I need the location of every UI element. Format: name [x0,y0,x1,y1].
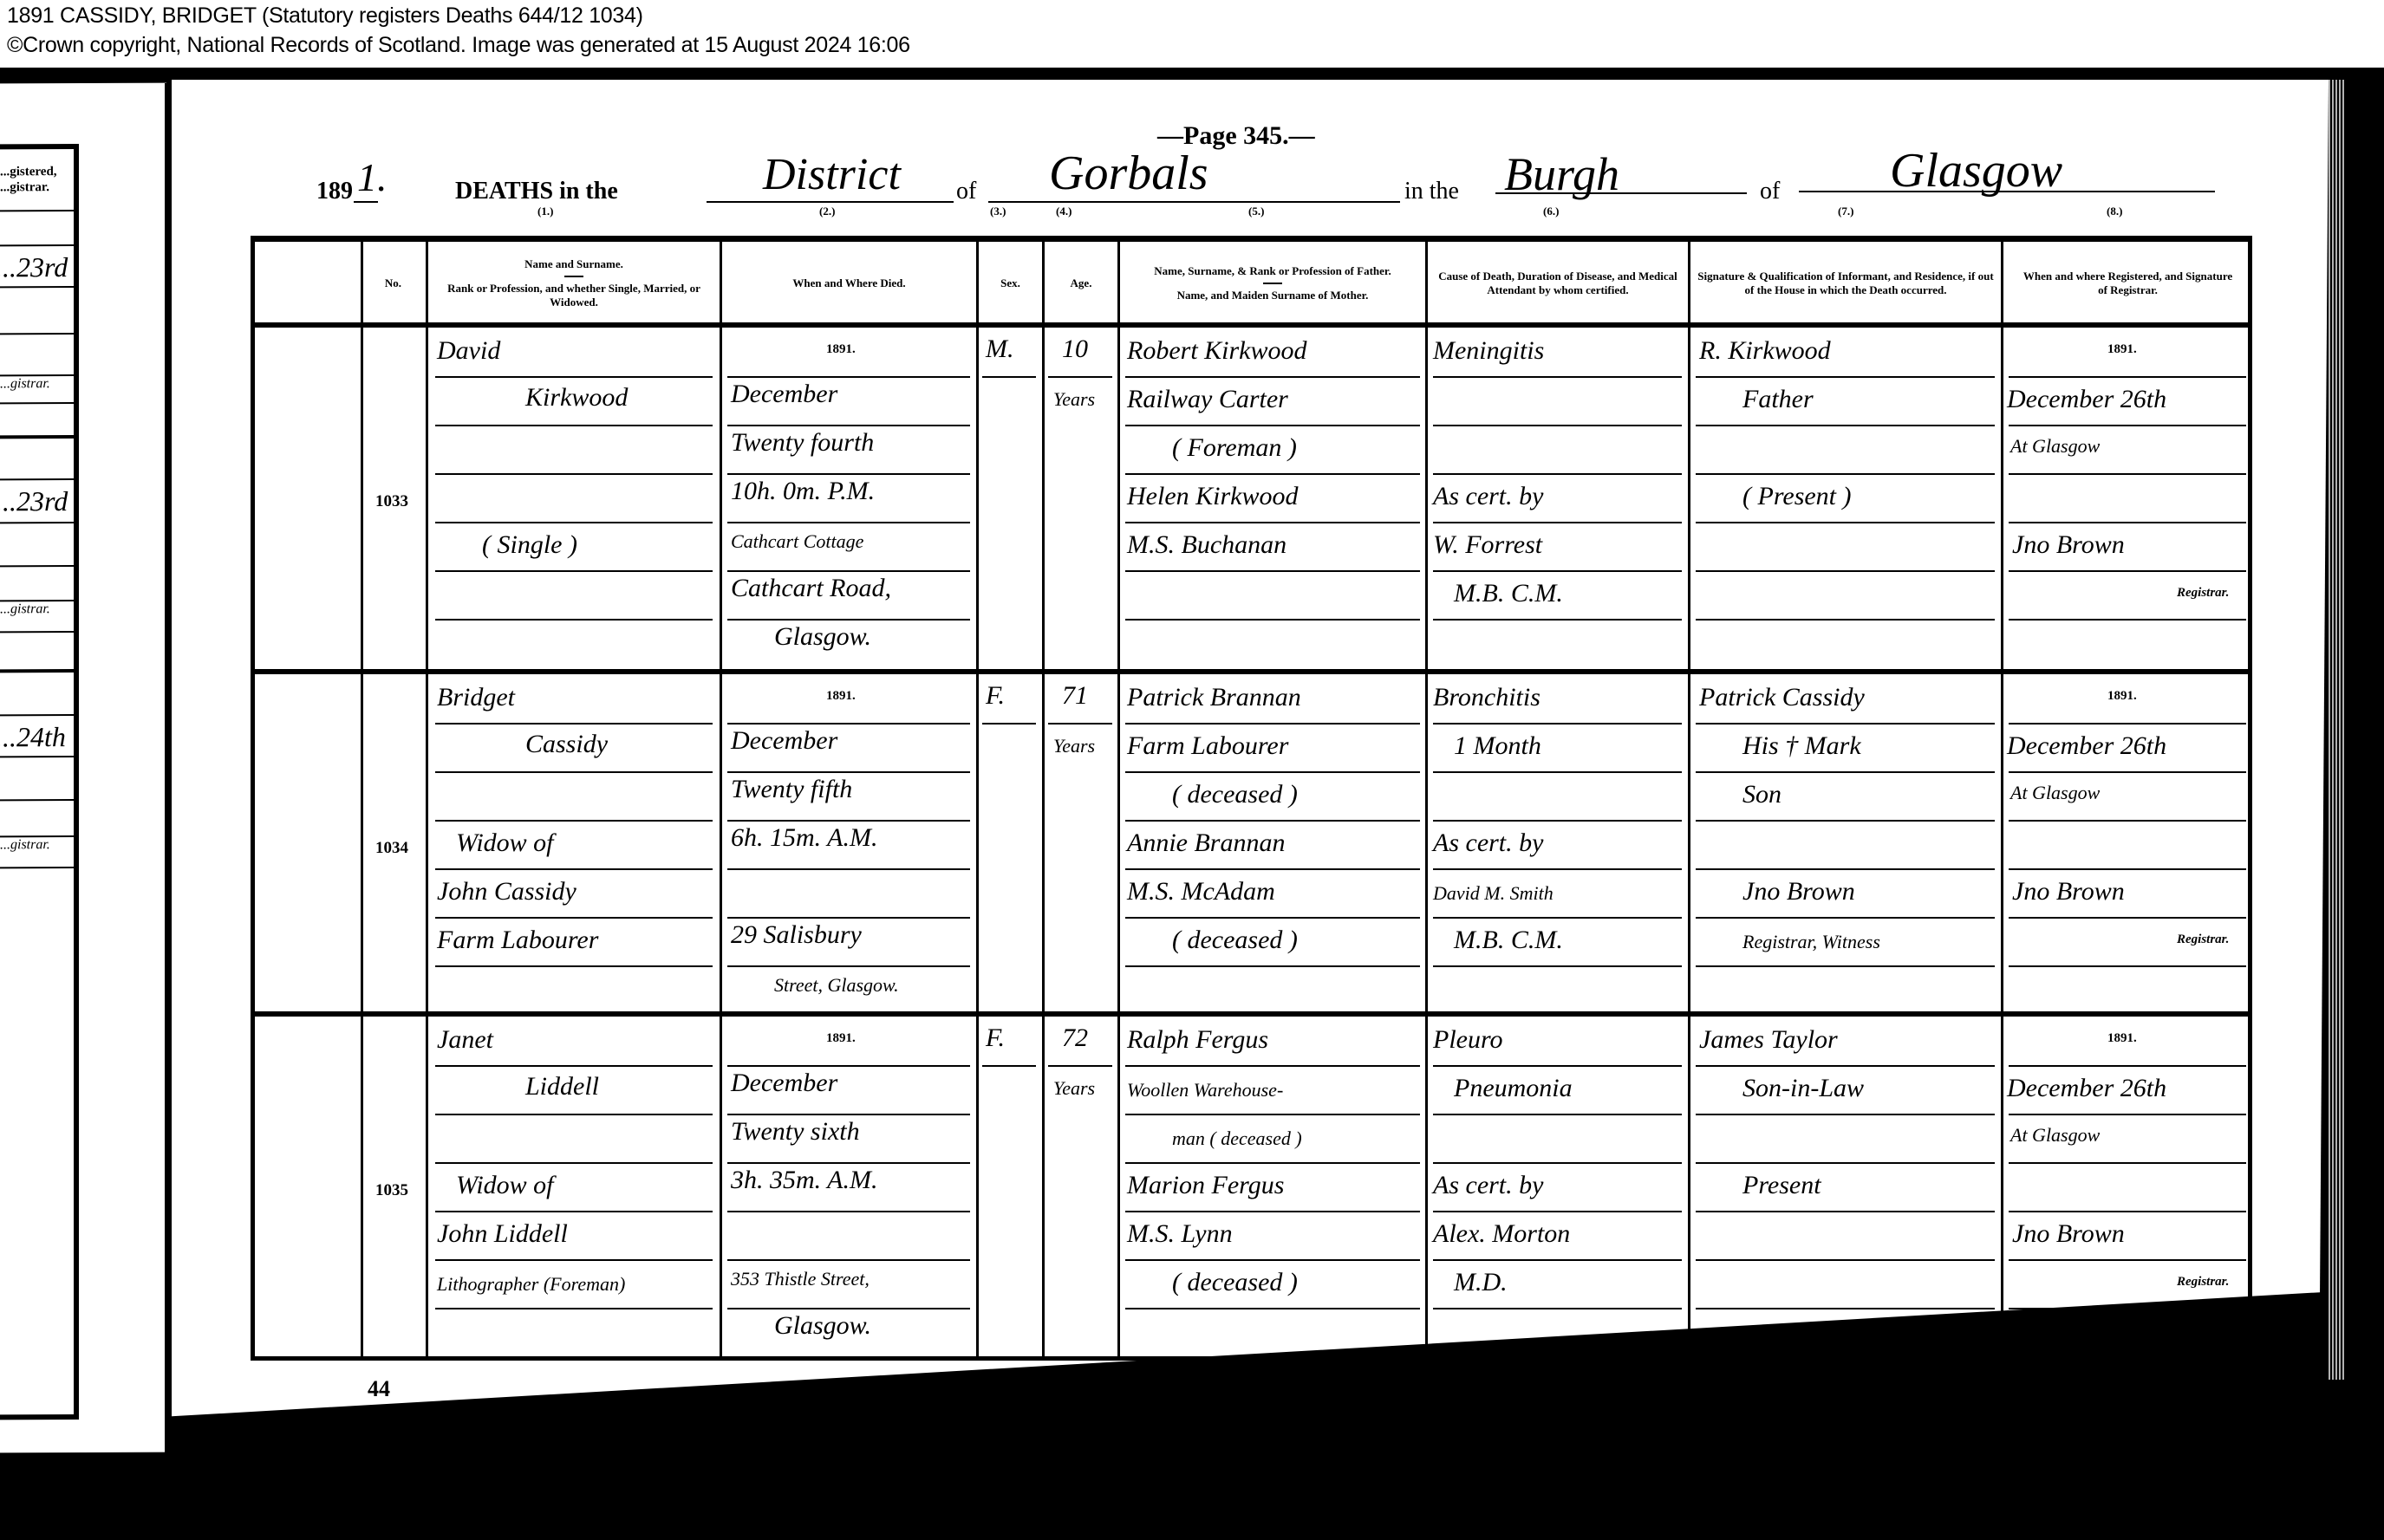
informant-line: Present [1742,1173,1821,1199]
header-age-text: Age. [1071,276,1092,290]
informant-line: Registrar, Witness [1742,932,1880,952]
death-when-where-line: Twenty fourth [731,430,874,456]
registrar-signature-entry: Jno Brown [2012,532,2125,558]
registration-place: At Glasgow [2010,783,2100,802]
deceased-status-line: Farm Labourer [437,927,598,953]
record-title: 1891 CASSIDY, BRIDGET (Statutory registe… [7,3,643,29]
cause-line: Pleuro [1433,1027,1503,1053]
informant-line: Son-in-Law [1742,1075,1864,1101]
header-father: Name, Surname, & Rank or Profession of F… [1147,264,1397,278]
cause-line: Bronchitis [1433,685,1540,711]
year-suffix: 1. [357,154,388,200]
mother-line: M.S. Lynn [1127,1221,1233,1247]
header-age: Age. [1045,244,1117,322]
death-when-where-line: Cathcart Road, [731,575,891,601]
deceased-status-line: John Cassidy [437,879,576,905]
entry-number: 1034 [362,839,422,858]
mother-line: ( deceased ) [1172,1270,1298,1296]
father-line: ( deceased ) [1172,782,1298,808]
deceased-status: ( Single ) [482,532,577,558]
column-number-7: (7.) [1838,205,1853,218]
header-cause: Cause of Death, Duration of Disease, and… [1428,244,1688,322]
death-when-where-line: 29 Salisbury [731,922,862,948]
cause-line: M.B. C.M. [1454,927,1563,953]
sex-value: M. [986,336,1014,362]
mother-line: ( deceased ) [1172,927,1298,953]
prev-registrar-1: ...gistrar. [0,376,50,392]
age-unit: Years [1053,390,1095,409]
death-when-where-line: December [731,381,837,407]
deceased-surname: Cassidy [525,731,608,757]
prev-date-2: ...23rd [0,485,68,517]
sex-value: F. [986,683,1005,709]
header-no: No. [361,244,426,322]
registration-date: December 26th [2007,733,2166,759]
district-name: Gorbals [1049,146,1208,201]
page-edge [2329,80,2346,1380]
entry-number: 1035 [362,1181,422,1200]
registrar-signature-entry: Jno Brown [2012,879,2125,905]
father-line: Woollen Warehouse- [1127,1081,1283,1100]
deceased-status-line: Widow of [456,830,554,856]
age-unit: Years [1053,1079,1095,1098]
death-when-where-line: December [731,728,837,754]
death-year: 1891. [826,1032,856,1045]
age-value: 71 [1062,683,1088,709]
father-line: Railway Carter [1127,387,1288,413]
in-the-label: in the [1404,178,1459,205]
death-when-where-line: 353 Thistle Street, [731,1270,870,1289]
header-registered-text: When and where Registered, and Signature… [2003,270,2252,298]
page-gutter [165,83,172,1452]
informant-line: ( Present ) [1742,484,1852,510]
death-when-where-line: December [731,1070,837,1096]
mother-line: Helen Kirkwood [1127,484,1298,510]
death-when-where-line: 3h. 35m. A.M. [731,1167,877,1193]
cause-line: W. Forrest [1433,532,1542,558]
column-number-8: (8.) [2107,205,2122,218]
column-number-3: (3.) [990,205,1006,218]
informant-line: James Taylor [1699,1027,1838,1053]
mother-line: M.S. McAdam [1127,879,1275,905]
death-year: 1891. [826,343,856,356]
registrar-label: Registrar. [2177,586,2229,601]
deceased-surname: Liddell [525,1074,599,1100]
age-value: 10 [1062,336,1088,362]
deceased-forename: David [437,338,500,364]
previous-page-fragment: ...gistered, ...gistrar. ...23rd ...gist… [0,83,166,1453]
father-line: ( Foreman ) [1172,435,1297,461]
deaths-label: DEATHS in the [455,178,618,205]
father-line: Ralph Fergus [1127,1027,1268,1053]
folio-number: 44 [368,1376,390,1402]
registrar-signature-entry: Jno Brown [2012,1221,2125,1247]
header-no-text: No. [385,276,401,290]
informant-line: Jno Brown [1742,879,1855,905]
prev-date-3: ...24th [0,721,66,753]
cause-line: Pneumonia [1454,1075,1573,1101]
death-year: 1891. [826,690,856,703]
column-number-5: (5.) [1248,205,1264,218]
year-prefix: 189 [316,178,353,205]
header-name-bottom: Rank or Profession, and whether Single, … [428,282,720,310]
cause-line: David M. Smith [1433,884,1554,903]
of-label-1: of [956,178,976,205]
header-informant: Signature & Qualification of Informant, … [1690,244,2001,322]
cause-line: Alex. Morton [1433,1221,1570,1247]
header-sex: Sex. [979,244,1042,322]
column-number-4: (4.) [1056,205,1071,218]
sex-value: F. [986,1025,1005,1051]
mother-line: Marion Fergus [1127,1173,1284,1199]
cause-line: M.B. C.M. [1454,581,1563,607]
cause-line: Meningitis [1433,338,1544,364]
death-when-where-line: 10h. 0m. P.M. [731,478,875,504]
father-line: Patrick Brannan [1127,685,1301,711]
header-parents: Name, Surname, & Rank or Profession of F… [1120,244,1425,322]
age-unit: Years [1053,737,1095,756]
registration-year: 1891. [2107,343,2137,356]
deceased-forename: Bridget [437,685,515,711]
header-name-top: Name and Surname. [524,257,623,271]
death-when-where-line: Cathcart Cottage [731,532,863,551]
father-line: man ( deceased ) [1172,1129,1302,1148]
cause-line: As cert. by [1433,830,1543,856]
copyright-notice: ©Crown copyright, National Records of Sc… [7,33,910,58]
cause-line: M.D. [1454,1270,1508,1296]
header-informant-text: Signature & Qualification of Informant, … [1690,270,2001,298]
column-number-6: (6.) [1543,205,1559,218]
prev-header-1: ...gistered, [0,165,57,179]
father-line: Robert Kirkwood [1127,338,1307,364]
cause-line: As cert. by [1433,1173,1543,1199]
prev-registrar-2: ...gistrar. [0,601,50,617]
district-word: District [763,149,901,200]
informant-line: His † Mark [1742,733,1861,759]
deceased-status-line: John Liddell [437,1221,568,1247]
registration-place: At Glasgow [2010,437,2100,456]
registration-year: 1891. [2107,1032,2137,1045]
header-when-where-text: When and Where Died. [792,276,905,290]
death-when-where-line: Glasgow. [774,624,871,650]
header-cause-text: Cause of Death, Duration of Disease, and… [1428,270,1688,298]
informant-line: Son [1742,782,1781,808]
age-value: 72 [1062,1025,1088,1051]
death-when-where-line: Twenty fifth [731,776,852,802]
registration-place: At Glasgow [2010,1126,2100,1145]
registrar-label: Registrar. [2177,932,2229,947]
mother-line: M.S. Buchanan [1127,532,1286,558]
header-name: Name and Surname. Rank or Profession, an… [428,244,720,322]
death-when-where-line: Glasgow. [774,1313,871,1339]
deceased-forename: Janet [437,1027,493,1053]
prev-registrar-3: ...gistrar. [0,837,50,853]
informant-line: R. Kirkwood [1699,338,1831,364]
father-line: Farm Labourer [1127,733,1288,759]
deceased-surname: Kirkwood [525,385,628,411]
column-number-1: (1.) [537,205,553,218]
cause-line: 1 Month [1454,733,1541,759]
header-registered: When and where Registered, and Signature… [2003,244,2252,322]
header-sex-text: Sex. [1000,276,1020,290]
cause-line: As cert. by [1433,484,1543,510]
header-when-where: When and Where Died. [722,244,976,322]
previous-page-table: ...gistered, ...gistrar. ...23rd ...gist… [0,144,79,1420]
header-mother: Name, and Maiden Surname of Mother. [1177,289,1369,302]
informant-line: Father [1742,387,1814,413]
registration-year: 1891. [2107,690,2137,703]
deceased-status-line: Widow of [456,1173,554,1199]
registration-date: December 26th [2007,1075,2166,1101]
of-label-2: of [1760,178,1780,205]
column-number-2: (2.) [819,205,835,218]
entry-number: 1033 [362,492,422,511]
death-when-where-line: Street, Glasgow. [774,976,899,995]
folio-mark: D [1266,1359,1277,1377]
death-when-where-line: Twenty sixth [731,1119,860,1145]
prev-date-1: ...23rd [0,251,68,283]
deceased-status-line: Lithographer (Foreman) [437,1275,625,1294]
death-when-where-line: 6h. 15m. A.M. [731,825,877,851]
prev-header-2: ...gistrar. [0,180,49,195]
informant-line: Patrick Cassidy [1699,685,1865,711]
registration-date: December 26th [2007,387,2166,413]
mother-line: Annie Brannan [1127,830,1285,856]
registrar-label: Registrar. [2177,1275,2229,1290]
